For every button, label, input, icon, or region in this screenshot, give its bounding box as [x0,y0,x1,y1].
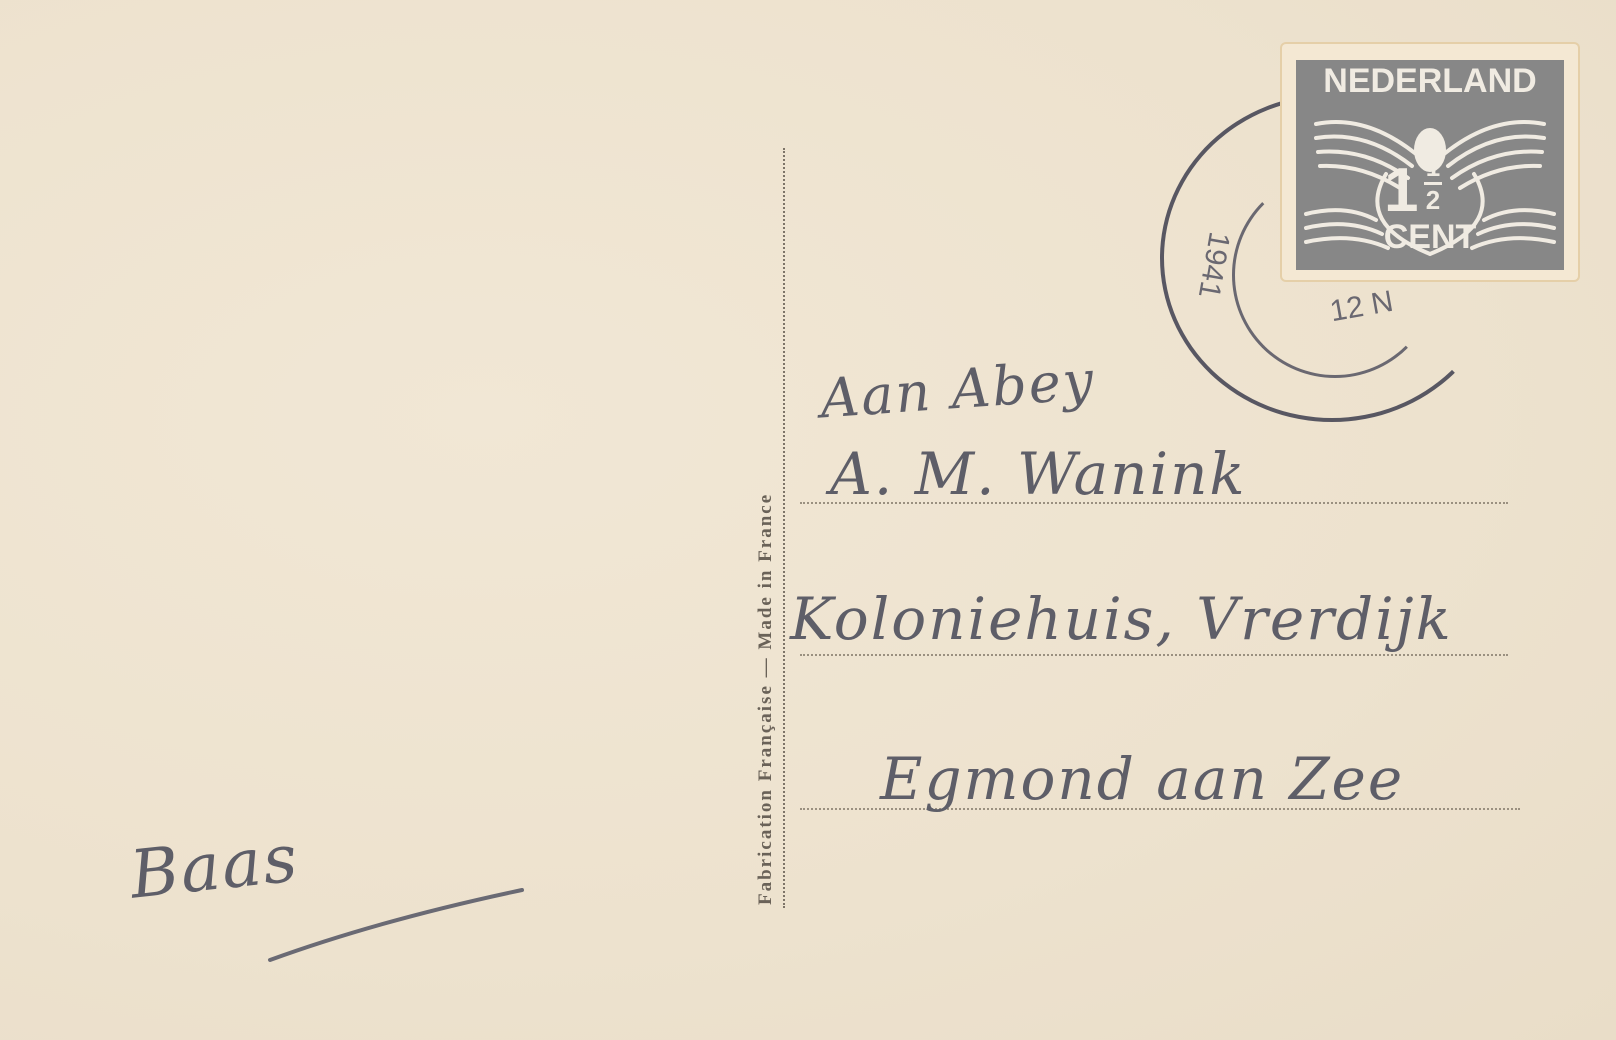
center-divider-line [783,148,785,908]
address-line-2 [800,654,1508,656]
address-recipient-name: A. M. Wanink [830,440,1247,508]
postage-stamp: NEDERLAND [1282,44,1578,280]
publisher-imprint: Fabrication Française — Made in France [755,205,777,905]
address-city: Egmond aan Zee [880,745,1404,813]
stamp-fraction-denominator: 2 [1426,185,1440,215]
postcard: Fabrication Française — Made in France 1… [0,0,1616,1040]
stamp-value-whole: 1 [1384,160,1418,222]
stamp-unit: CENT [1296,218,1564,257]
stamp-face: NEDERLAND [1296,60,1564,270]
address-recipient-salutation: Aan Abey [818,348,1097,430]
stamp-country: NEDERLAND [1296,62,1564,101]
stamp-fraction-numerator: 1 [1426,152,1440,182]
stamp-value-fraction: 1 2 [1424,154,1442,213]
signature-underline [260,880,540,970]
address-street: Koloniehuis, Vrerdijk [790,585,1453,653]
